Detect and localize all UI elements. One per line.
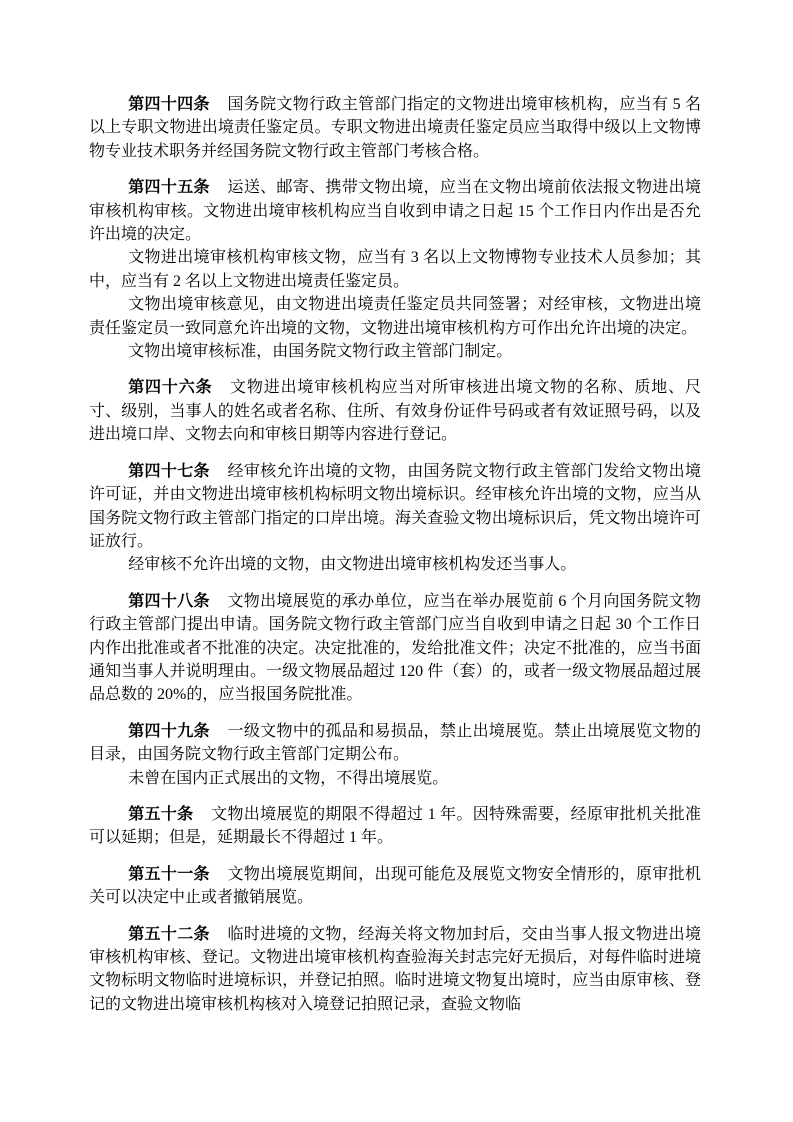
article: 第四十九条一级文物中的孤品和易损品，禁止出境展览。禁止出境展览文物的目录，由国务… (89, 720, 701, 790)
article-number: 第四十六条 (128, 379, 212, 396)
article-paragraph: 第五十条文物出境展览的期限不得超过 1 年。因特殊需要，经原审批机关批准可以延期… (89, 803, 701, 850)
document-page: 第四十四条国务院文物行政主管部门指定的文物进出境审核机构，应当有 5 名以上专职… (0, 0, 793, 1122)
article-number: 第五十一条 (128, 866, 210, 883)
article: 第四十七条经审核允许出境的文物，由国务院文物行政主管部门发给文物出境许可证，并由… (89, 460, 701, 577)
article-paragraph: 第五十二条临时进境的文物，经海关将文物加封后，交由当事人报文物进出境审核机构审核… (89, 923, 701, 1017)
article-paragraph: 第四十九条一级文物中的孤品和易损品，禁止出境展览。禁止出境展览文物的目录，由国务… (89, 720, 701, 767)
article-number: 第五十二条 (128, 926, 210, 943)
article-paragraph: 第五十一条文物出境展览期间，出现可能危及展览文物安全情形的，原审批机关可以决定中… (89, 863, 701, 910)
article-paragraph: 经审核不允许出境的文物，由文物进出境审核机构发还当事人。 (89, 553, 701, 576)
article-paragraph: 第四十四条国务院文物行政主管部门指定的文物进出境审核机构，应当有 5 名以上专职… (89, 93, 701, 163)
article-paragraph: 第四十六条文物进出境审核机构应当对所审核进出境文物的名称、质地、尺寸、级别，当事… (89, 376, 701, 446)
article-number: 第四十四条 (128, 96, 210, 113)
article-number: 第四十七条 (128, 463, 210, 480)
article-number: 第四十五条 (128, 179, 210, 196)
article: 第五十条文物出境展览的期限不得超过 1 年。因特殊需要，经原审批机关批准可以延期… (89, 803, 701, 850)
article-paragraph: 文物出境审核标准，由国务院文物行政主管部门制定。 (89, 340, 701, 363)
article-number: 第四十八条 (128, 593, 210, 610)
article: 第四十四条国务院文物行政主管部门指定的文物进出境审核机构，应当有 5 名以上专职… (89, 93, 701, 163)
article: 第四十五条运送、邮寄、携带文物出境，应当在文物出境前依法报文物进出境审核机构审核… (89, 176, 701, 363)
article: 第四十六条文物进出境审核机构应当对所审核进出境文物的名称、质地、尺寸、级别，当事… (89, 376, 701, 446)
article-paragraph: 第四十七条经审核允许出境的文物，由国务院文物行政主管部门发给文物出境许可证，并由… (89, 460, 701, 554)
article-paragraph: 文物出境审核意见，由文物进出境责任鉴定员共同签署；对经审核，文物进出境责任鉴定员… (89, 293, 701, 340)
article: 第五十一条文物出境展览期间，出现可能危及展览文物安全情形的，原审批机关可以决定中… (89, 863, 701, 910)
article: 第四十八条文物出境展览的承办单位，应当在举办展览前 6 个月向国务院文物行政主管… (89, 590, 701, 707)
article-paragraph: 第四十八条文物出境展览的承办单位，应当在举办展览前 6 个月向国务院文物行政主管… (89, 590, 701, 707)
article-paragraph: 文物进出境审核机构审核文物，应当有 3 名以上文物博物专业技术人员参加；其中，应… (89, 246, 701, 293)
article-number: 第五十条 (128, 806, 193, 823)
article-paragraph: 第四十五条运送、邮寄、携带文物出境，应当在文物出境前依法报文物进出境审核机构审核… (89, 176, 701, 246)
article-number: 第四十九条 (128, 723, 210, 740)
articles-container: 第四十四条国务院文物行政主管部门指定的文物进出境审核机构，应当有 5 名以上专职… (89, 93, 701, 1016)
article-paragraph: 未曾在国内正式展出的文物，不得出境展览。 (89, 767, 701, 790)
article: 第五十二条临时进境的文物，经海关将文物加封后，交由当事人报文物进出境审核机构审核… (89, 923, 701, 1017)
